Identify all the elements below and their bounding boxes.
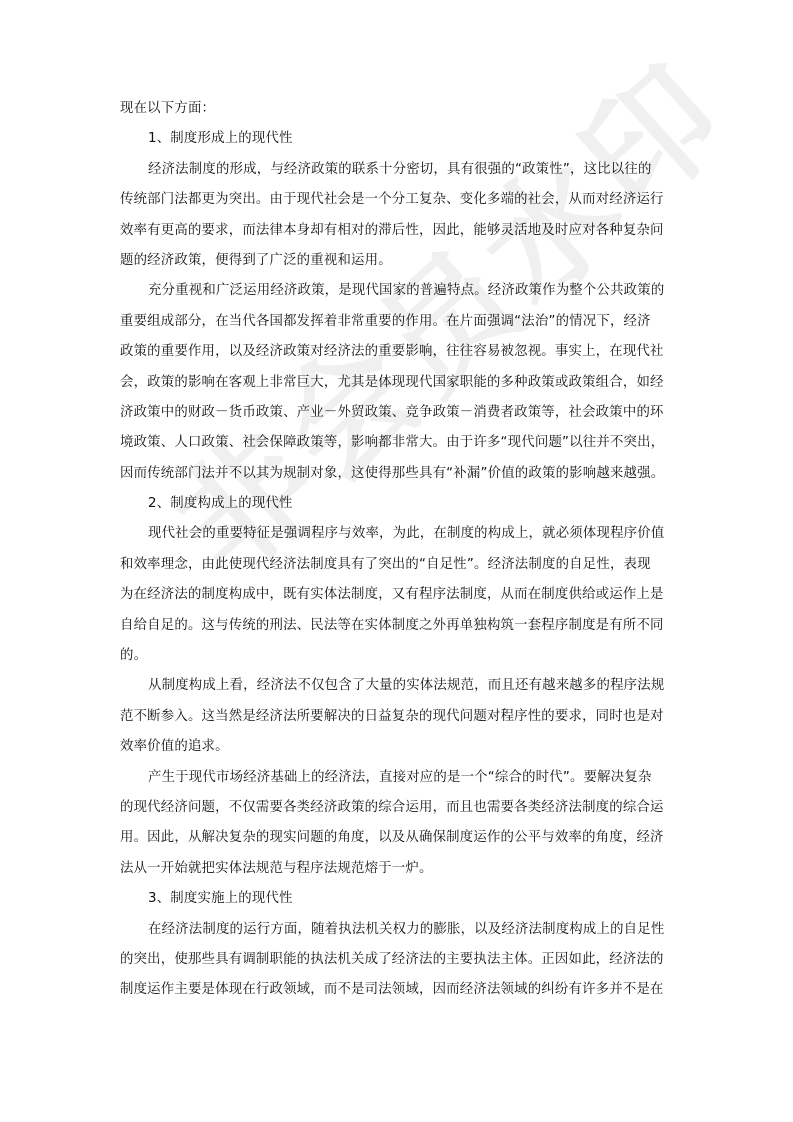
section-heading: 2、制度构成上的现代性 bbox=[120, 489, 676, 519]
text-line: 和效率理念，由此使现代经济法制度具有了突出的“自足性”。经济法制度的自足性，表现 bbox=[120, 550, 676, 580]
text-line: 重要组成部分，在当代各国都发挥着非常重要的作用。在片面强调“法治”的情况下，经济 bbox=[120, 307, 676, 337]
text-line: 范不断参入。这当然是经济法所要解决的日益复杂的现代问题对程序性的要求，同时也是对 bbox=[120, 702, 676, 732]
text-line: 用。因此，从解决复杂的现实问题的角度，以及从确保制度运作的公平与效率的角度，经济 bbox=[120, 823, 676, 853]
paragraph-first-line: 充分重视和广泛运用经济政策，是现代国家的普遍特点。经济政策作为整个公共政策的 bbox=[120, 276, 676, 306]
paragraph-first-line: 产生于现代市场经济基础上的经济法，直接对应的是一个“综合的时代”。要解决复杂 bbox=[120, 763, 676, 793]
text-line: 的现代经济问题，不仅需要各类经济政策的综合运用，而且也需要各类经济法制度的综合运 bbox=[120, 793, 676, 823]
document-page: 现在以下方面： 1、制度形成上的现代性 经济法制度的形成，与经济政策的联系十分密… bbox=[120, 94, 676, 1006]
text-line: 制度运作主要是体现在行政领域，而不是司法领域，因而经济法领域的纠纷有许多并不是在 bbox=[120, 975, 676, 1005]
paragraph-first-line: 经济法制度的形成，与经济政策的联系十分密切，具有很强的“政策性”，这比以往的 bbox=[120, 155, 676, 185]
text-line: 自给自足的。这与传统的刑法、民法等在实体制度之外再单独构筑一套程序制度是有所不同 bbox=[120, 611, 676, 641]
paragraph-first-line: 现代社会的重要特征是强调程序与效率，为此，在制度的构成上，就必须体现程序价值 bbox=[120, 519, 676, 549]
text-line: 的突出，使那些具有调制职能的执法机关成了经济法的主要执法主体。正因如此，经济法的 bbox=[120, 945, 676, 975]
text-line: 境政策、人口政策、社会保障政策等，影响都非常大。由于许多“现代问题”以往并不突出… bbox=[120, 428, 676, 458]
text-line: 政策的重要作用，以及经济政策对经济法的重要影响，往往容易被忽视。事实上，在现代社 bbox=[120, 337, 676, 367]
section-heading: 1、制度形成上的现代性 bbox=[120, 124, 676, 154]
paragraph-first-line: 从制度构成上看，经济法不仅包含了大量的实体法规范，而且还有越来越多的程序法规 bbox=[120, 671, 676, 701]
text-line: 的。 bbox=[120, 641, 676, 671]
text-line: 因而传统部门法并不以其为规制对象，这使得那些具有“补漏”价值的政策的影响越来越强… bbox=[120, 459, 676, 489]
paragraph-first-line: 在经济法制度的运行方面，随着执法机关权力的膨胀，以及经济法制度构成上的自足性 bbox=[120, 915, 676, 945]
section-heading: 3、制度实施上的现代性 bbox=[120, 884, 676, 914]
text-line: 现在以下方面： bbox=[120, 94, 676, 124]
text-line: 为在经济法的制度构成中，既有实体法制度，又有程序法制度，从而在制度供给或运作上是 bbox=[120, 580, 676, 610]
text-line: 题的经济政策，便得到了广泛的重视和运用。 bbox=[120, 246, 676, 276]
text-line: 传统部门法都更为突出。由于现代社会是一个分工复杂、变化多端的社会，从而对经济运行 bbox=[120, 185, 676, 215]
text-line: 济政策中的财政－货币政策、产业－外贸政策、竞争政策－消费者政策等，社会政策中的环 bbox=[120, 398, 676, 428]
text-line: 会，政策的影响在客观上非常巨大，尤其是体现现代国家职能的多种政策或政策组合，如经 bbox=[120, 368, 676, 398]
text-line: 效率有更高的要求，而法律本身却有相对的滞后性，因此，能够灵活地及时应对各种复杂问 bbox=[120, 216, 676, 246]
text-line: 法从一开始就把实体法规范与程序法规范熔于一炉。 bbox=[120, 854, 676, 884]
text-line: 效率价值的追求。 bbox=[120, 732, 676, 762]
